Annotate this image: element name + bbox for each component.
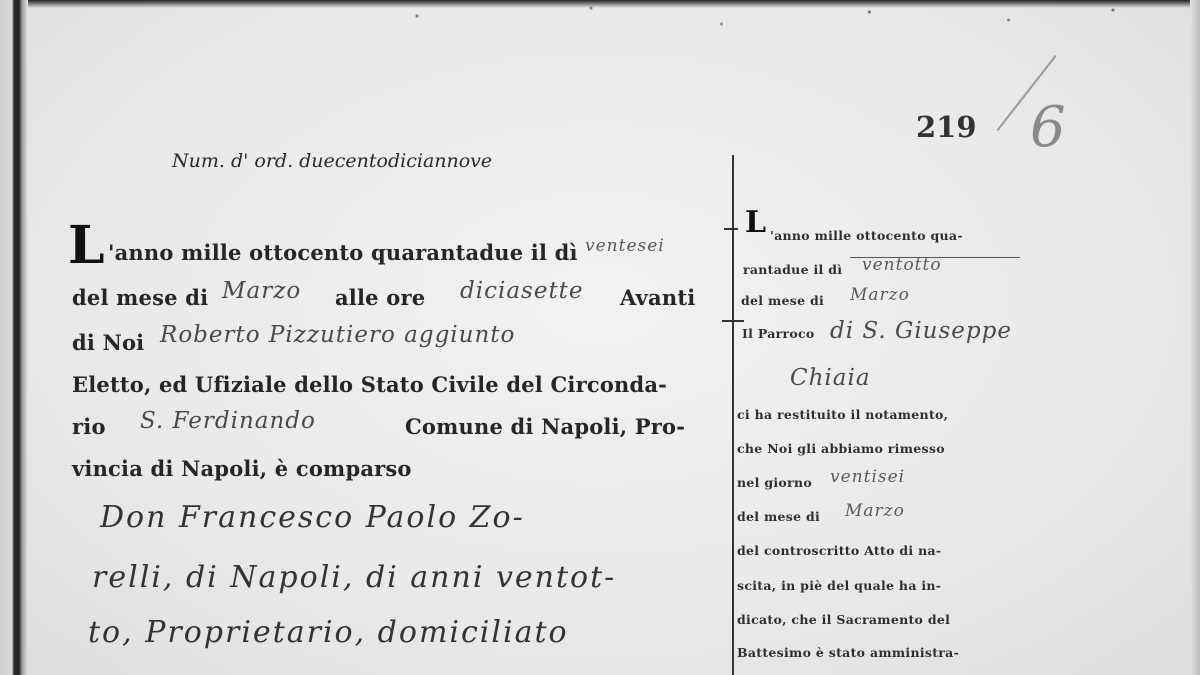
handwritten-day: ventesei xyxy=(585,236,665,256)
dropcap: L xyxy=(745,208,766,238)
printed-line: alle ore xyxy=(335,285,425,310)
page-number: 219 xyxy=(916,110,977,144)
printed-line: 'anno mille ottocento quarantadue il dì xyxy=(108,240,578,265)
divider-tick xyxy=(722,320,744,322)
page-stains xyxy=(330,0,1200,40)
handwritten-body-line: to, Proprietario, domiciliato xyxy=(88,615,569,650)
column-divider xyxy=(732,155,734,675)
printed-line: di Noi xyxy=(72,330,144,355)
page-right-edge xyxy=(1190,0,1200,675)
printed-line: vincia di Napoli, è comparso xyxy=(72,456,412,481)
underline xyxy=(850,257,1020,258)
printed-line: Eletto, ed Ufiziale dello Stato Civile d… xyxy=(72,372,667,397)
pencil-annotation: 6 xyxy=(1030,95,1066,160)
handwritten-parish-place: Chiaia xyxy=(790,365,871,391)
printed-line: rantadue il dì xyxy=(743,262,842,277)
handwritten-district: S. Ferdinando xyxy=(140,408,316,434)
printed-line: scita, in piè del quale ha in- xyxy=(737,578,941,593)
scanned-document-page: 219 6 Num. d' ord. duecentodiciannove L … xyxy=(0,0,1200,675)
handwritten-month: Marzo xyxy=(222,278,301,304)
printed-line: Il Parroco xyxy=(742,326,815,341)
printed-line: Battesimo è stato amministra- xyxy=(737,645,959,660)
handwritten-parish: di S. Giuseppe xyxy=(830,318,1012,344)
printed-line: ci ha restituito il notamento, xyxy=(737,407,948,422)
printed-line: che Noi gli abbiamo rimesso xyxy=(737,441,945,456)
record-number-header: Num. d' ord. duecentodiciannove xyxy=(172,150,492,172)
printed-line: Comune di Napoli, Pro- xyxy=(405,414,685,439)
handwritten-officer-name: Roberto Pizzutiero aggiunto xyxy=(160,322,515,348)
handwritten-month: Marzo xyxy=(845,501,905,521)
printed-line: Avanti xyxy=(620,285,695,310)
printed-line: del mese di xyxy=(737,509,820,524)
handwritten-body-line: Don Francesco Paolo Zo- xyxy=(100,500,525,535)
printed-line: del mese di xyxy=(741,293,824,308)
handwritten-day: ventisei xyxy=(830,467,905,487)
printed-line: 'anno mille ottocento qua- xyxy=(770,228,963,243)
book-spine xyxy=(0,0,28,675)
dropcap: L xyxy=(68,220,105,272)
printed-line: dicato, che il Sacramento del xyxy=(737,612,950,627)
printed-line: rio xyxy=(72,414,106,439)
handwritten-day: ventotto xyxy=(862,255,942,275)
printed-line: del controscritto Atto di na- xyxy=(737,543,941,558)
divider-tick xyxy=(724,228,738,230)
handwritten-body-line: relli, di Napoli, di anni ventot- xyxy=(92,560,616,595)
printed-line: del mese di xyxy=(72,285,208,310)
handwritten-hour: diciasette xyxy=(460,278,584,304)
handwritten-month: Marzo xyxy=(850,285,910,305)
printed-line: nel giorno xyxy=(737,475,812,490)
